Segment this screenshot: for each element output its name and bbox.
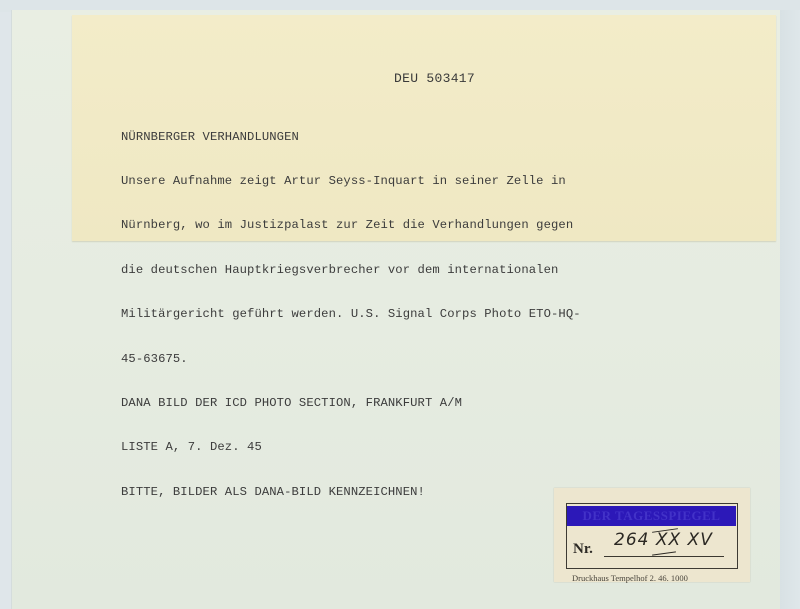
- background-surface-right: [780, 10, 800, 609]
- caption-line: 45-63675.: [121, 352, 741, 367]
- caption-text: NÜRNBERGER VERHANDLUNGEN Unsere Aufnahme…: [121, 100, 741, 514]
- caption-line: Nürnberg, wo im Justizpalast zur Zeit di…: [121, 218, 741, 233]
- archive-label-nr-prefix: Nr.: [573, 541, 593, 558]
- caption-line: Militärgericht geführt werden. U.S. Sign…: [121, 307, 741, 322]
- caption-list-date: LISTE A, 7. Dez. 45: [121, 440, 741, 455]
- caption-line: Unsere Aufnahme zeigt Artur Seyss-Inquar…: [121, 174, 741, 189]
- caption-credit: DANA BILD DER ICD PHOTO SECTION, FRANKFU…: [121, 396, 741, 411]
- archive-label-number: 264 XX XV: [614, 530, 713, 550]
- archive-label-underline: [604, 556, 724, 557]
- archive-label-printer: Druckhaus Tempelhof 2. 46. 1000: [572, 573, 688, 583]
- caption-line: die deutschen Hauptkriegsverbrecher vor …: [121, 263, 741, 278]
- caption-headline: NÜRNBERGER VERHANDLUNGEN: [121, 130, 741, 145]
- reference-number: DEU 503417: [394, 71, 475, 86]
- archive-label-publisher: DER TAGESSPIEGEL: [567, 506, 736, 526]
